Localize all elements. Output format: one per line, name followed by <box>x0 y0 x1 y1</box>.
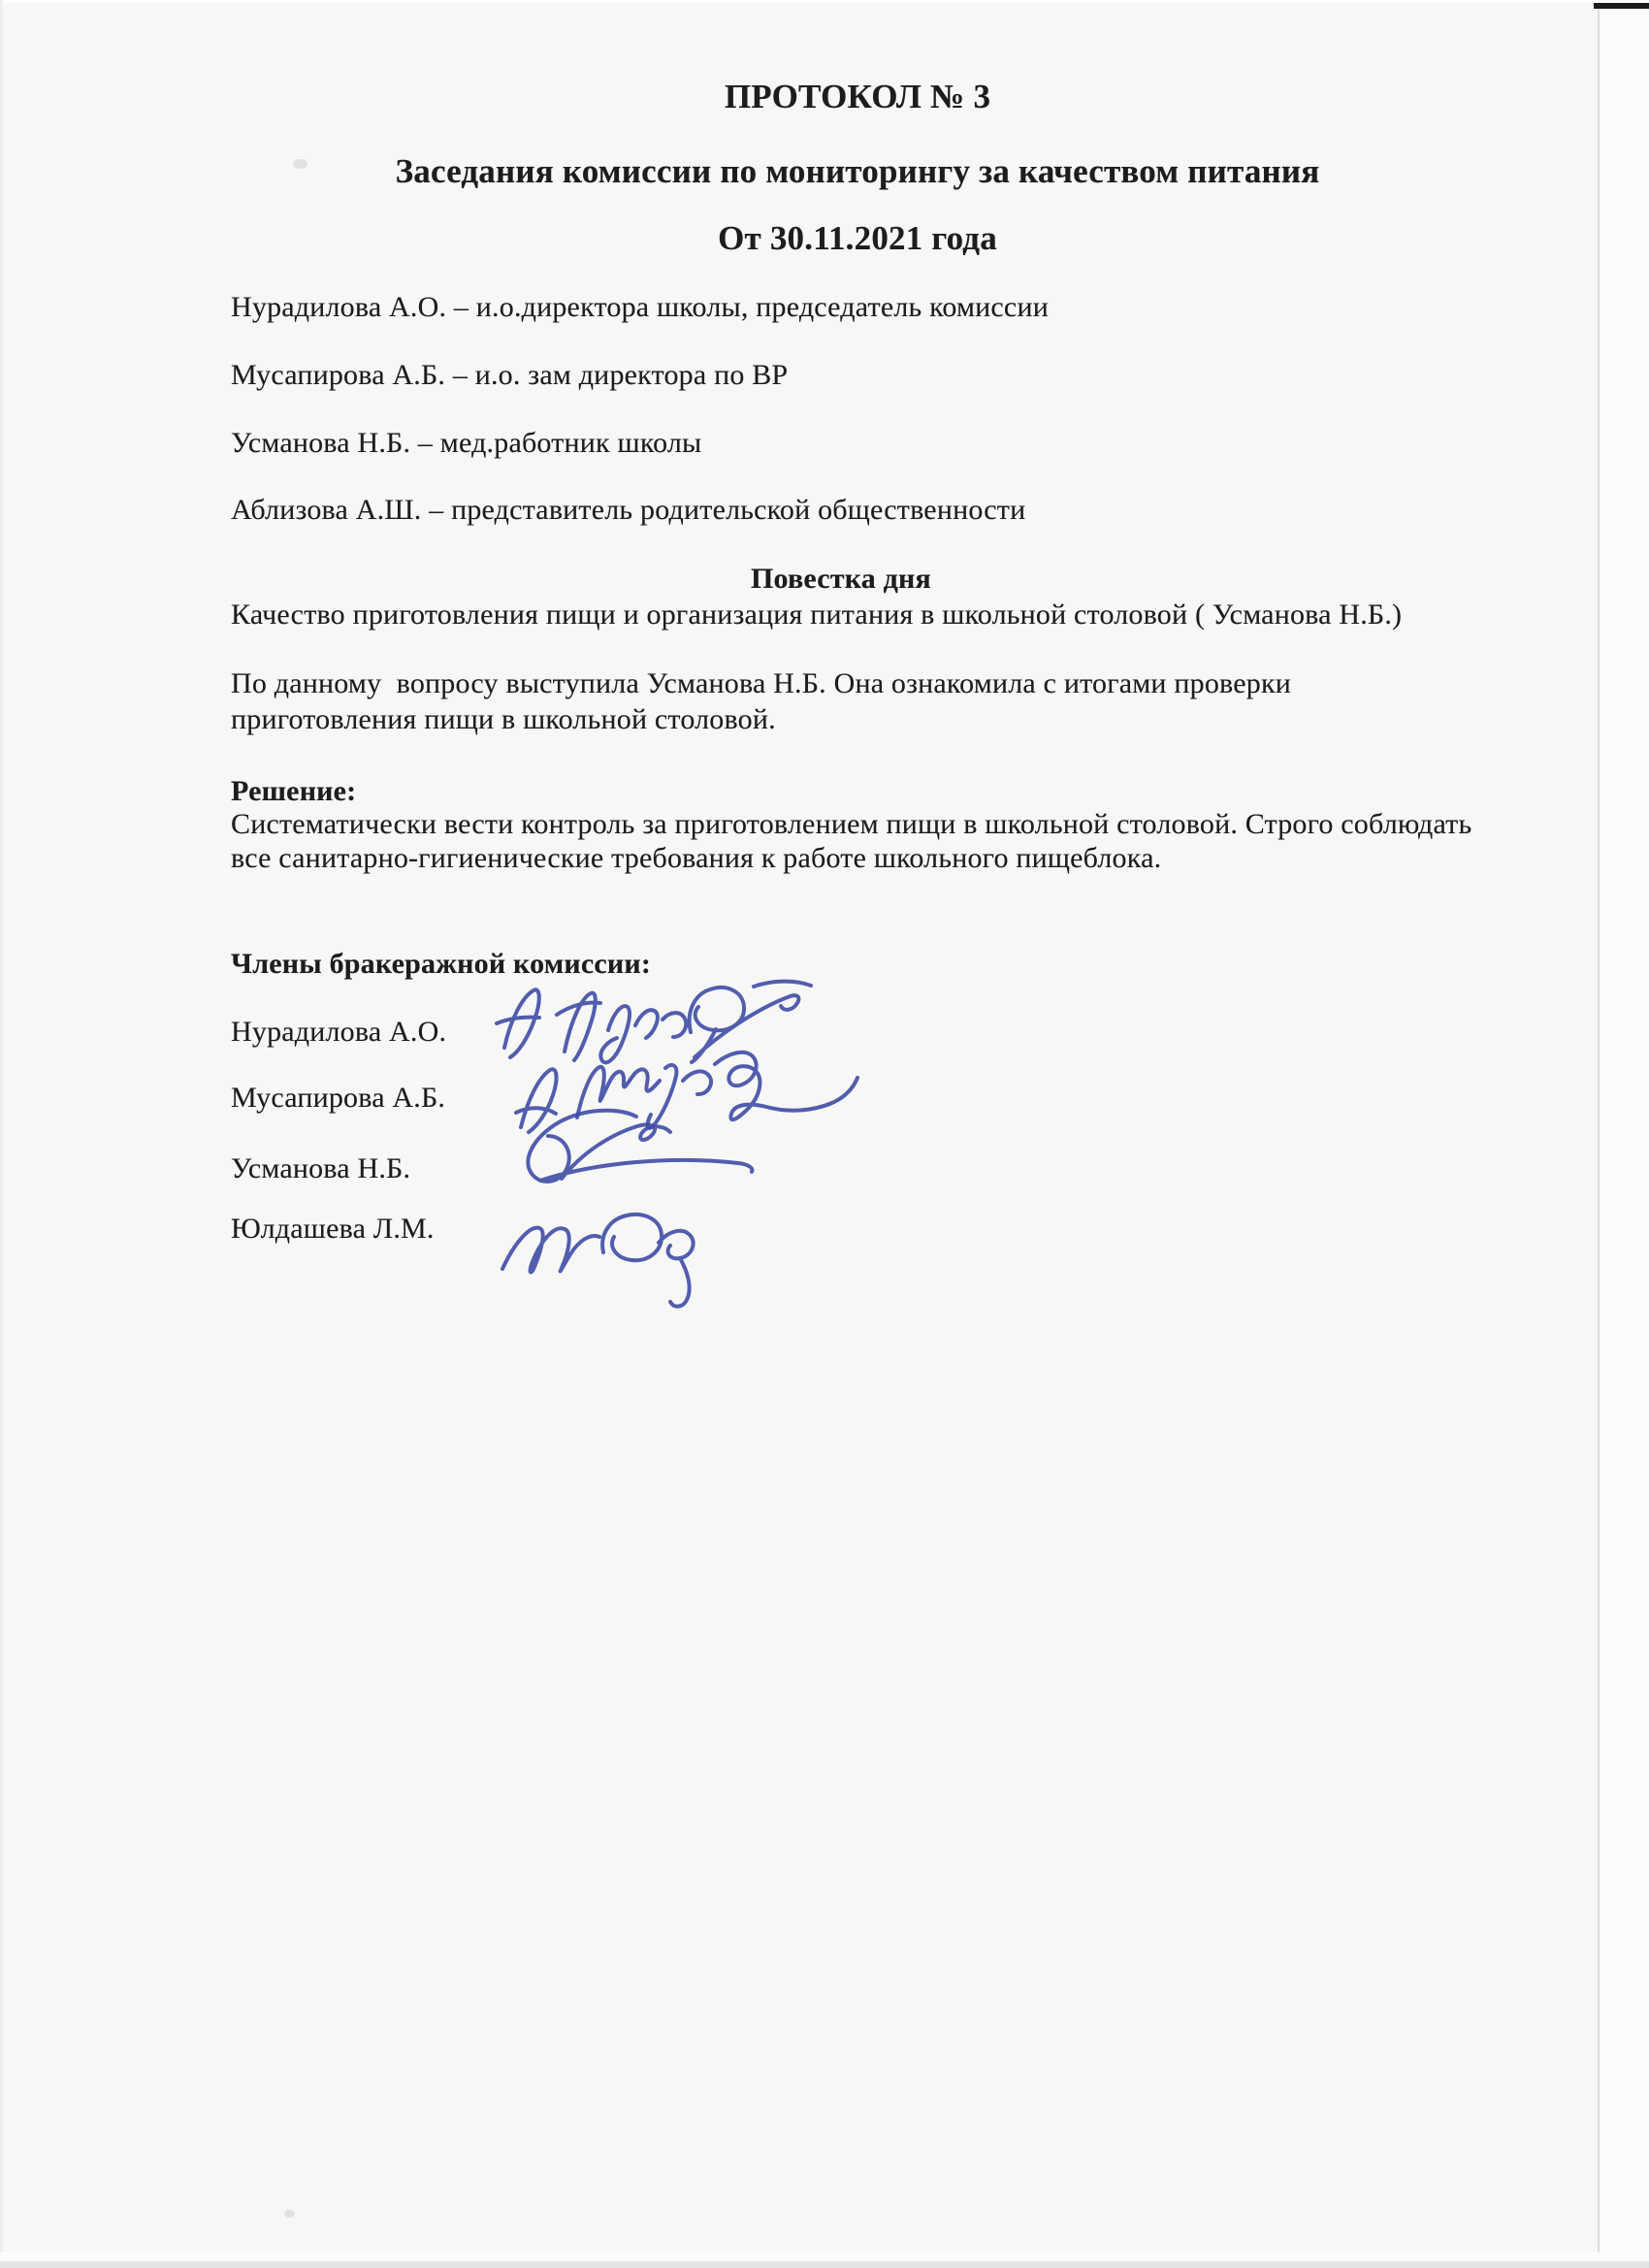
decision-line-1: Систематически вести контроль за пригото… <box>231 808 1471 841</box>
member-ablizova: Аблизова А.Ш. – представитель родительск… <box>231 494 1025 527</box>
decision-heading: Решение: <box>231 775 356 808</box>
scan-top-edge <box>0 0 1649 3</box>
signature-yuldasheva-ink <box>502 1215 694 1307</box>
member-usmanova: Усманова Н.Б. – мед.работник школы <box>231 427 701 460</box>
scan-right-margin-strip <box>1600 0 1649 2268</box>
agenda-heading: Повестка дня <box>231 563 1451 596</box>
decision-line-2: все санитарно-гигиенические требования к… <box>231 842 1161 875</box>
signatory-usmanova: Усманова Н.Б. <box>231 1152 410 1185</box>
scan-smudge <box>284 2210 295 2218</box>
member-nuradilova: Нурадилова А.О. – и.о.директора школы, п… <box>231 291 1049 324</box>
signatory-musapirova: Мусапирова А.Б. <box>231 1082 445 1115</box>
signatures-overlay <box>446 970 892 1310</box>
signatory-nuradilova: Нурадилова А.О. <box>231 1016 446 1049</box>
speaker-paragraph-line-2: приготовления пищи в школьной столовой. <box>231 703 776 736</box>
document-date: От 30.11.2021 года <box>231 219 1484 257</box>
scan-left-edge <box>0 0 3 2268</box>
scan-bottom-light-band <box>0 2252 1649 2261</box>
scan-page-edge-line <box>1598 7 1600 2268</box>
scan-bottom-gray-band <box>0 2261 1649 2268</box>
speaker-paragraph-line-1: По данному вопросу выступила Усманова Н.… <box>231 667 1291 700</box>
signature-nuradilova-ink <box>497 982 811 1063</box>
signature-usmanova-ink <box>528 1111 752 1182</box>
member-musapirova: Мусапирова А.Б. – и.о. зам директора по … <box>231 359 788 392</box>
signatory-yuldasheva: Юлдашева Л.М. <box>231 1213 435 1246</box>
document-subtitle: Заседания комиссии по мониторингу за кач… <box>231 152 1484 190</box>
document-title: ПРОТОКОЛ № 3 <box>231 78 1484 115</box>
scanned-protocol-page: ПРОТОКОЛ № 3 Заседания комиссии по монит… <box>0 0 1649 2268</box>
agenda-item: Качество приготовления пищи и организаци… <box>231 599 1402 632</box>
